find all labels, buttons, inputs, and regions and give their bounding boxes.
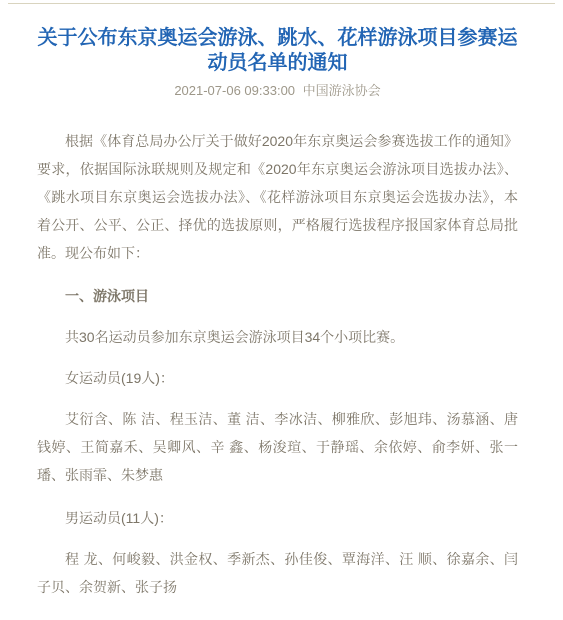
article-page: 关于公布东京奥运会游泳、跳水、花样游泳项目参赛运动员名单的通知 2021-07-… (0, 0, 563, 620)
women-athletes-names: 艾衍含、陈 洁、程玉洁、董 洁、李冰洁、柳雅欣、彭旭玮、汤慕涵、唐钱婷、王简嘉禾… (37, 405, 518, 489)
section-summary: 共30名运动员参加东京奥运会游泳项目34个小项比赛。 (37, 323, 518, 351)
publish-source: 中国游泳协会 (303, 83, 381, 98)
intro-paragraph: 根据《体育总局办公厅关于做好2020年东京奥运会参赛选拔工作的通知》要求，依据国… (37, 127, 518, 267)
women-athletes-label: 女运动员(19人)： (37, 364, 518, 392)
men-athletes-label: 男运动员(11人)： (37, 504, 518, 532)
article-content: 关于公布东京奥运会游泳、跳水、花样游泳项目参赛运动员名单的通知 2021-07-… (0, 26, 563, 601)
article-meta: 2021-07-06 09:33:00 中国游泳协会 (37, 83, 518, 98)
top-divider (8, 3, 555, 4)
section-heading-swimming: 一、游泳项目 (37, 282, 518, 310)
men-athletes-names: 程 龙、何峻毅、洪金权、季新杰、孙佳俊、覃海洋、汪 顺、徐嘉余、闫子贝、余贺新、… (37, 545, 518, 601)
article-title: 关于公布东京奥运会游泳、跳水、花样游泳项目参赛运动员名单的通知 (37, 26, 518, 76)
publish-datetime: 2021-07-06 09:33:00 (174, 83, 295, 98)
